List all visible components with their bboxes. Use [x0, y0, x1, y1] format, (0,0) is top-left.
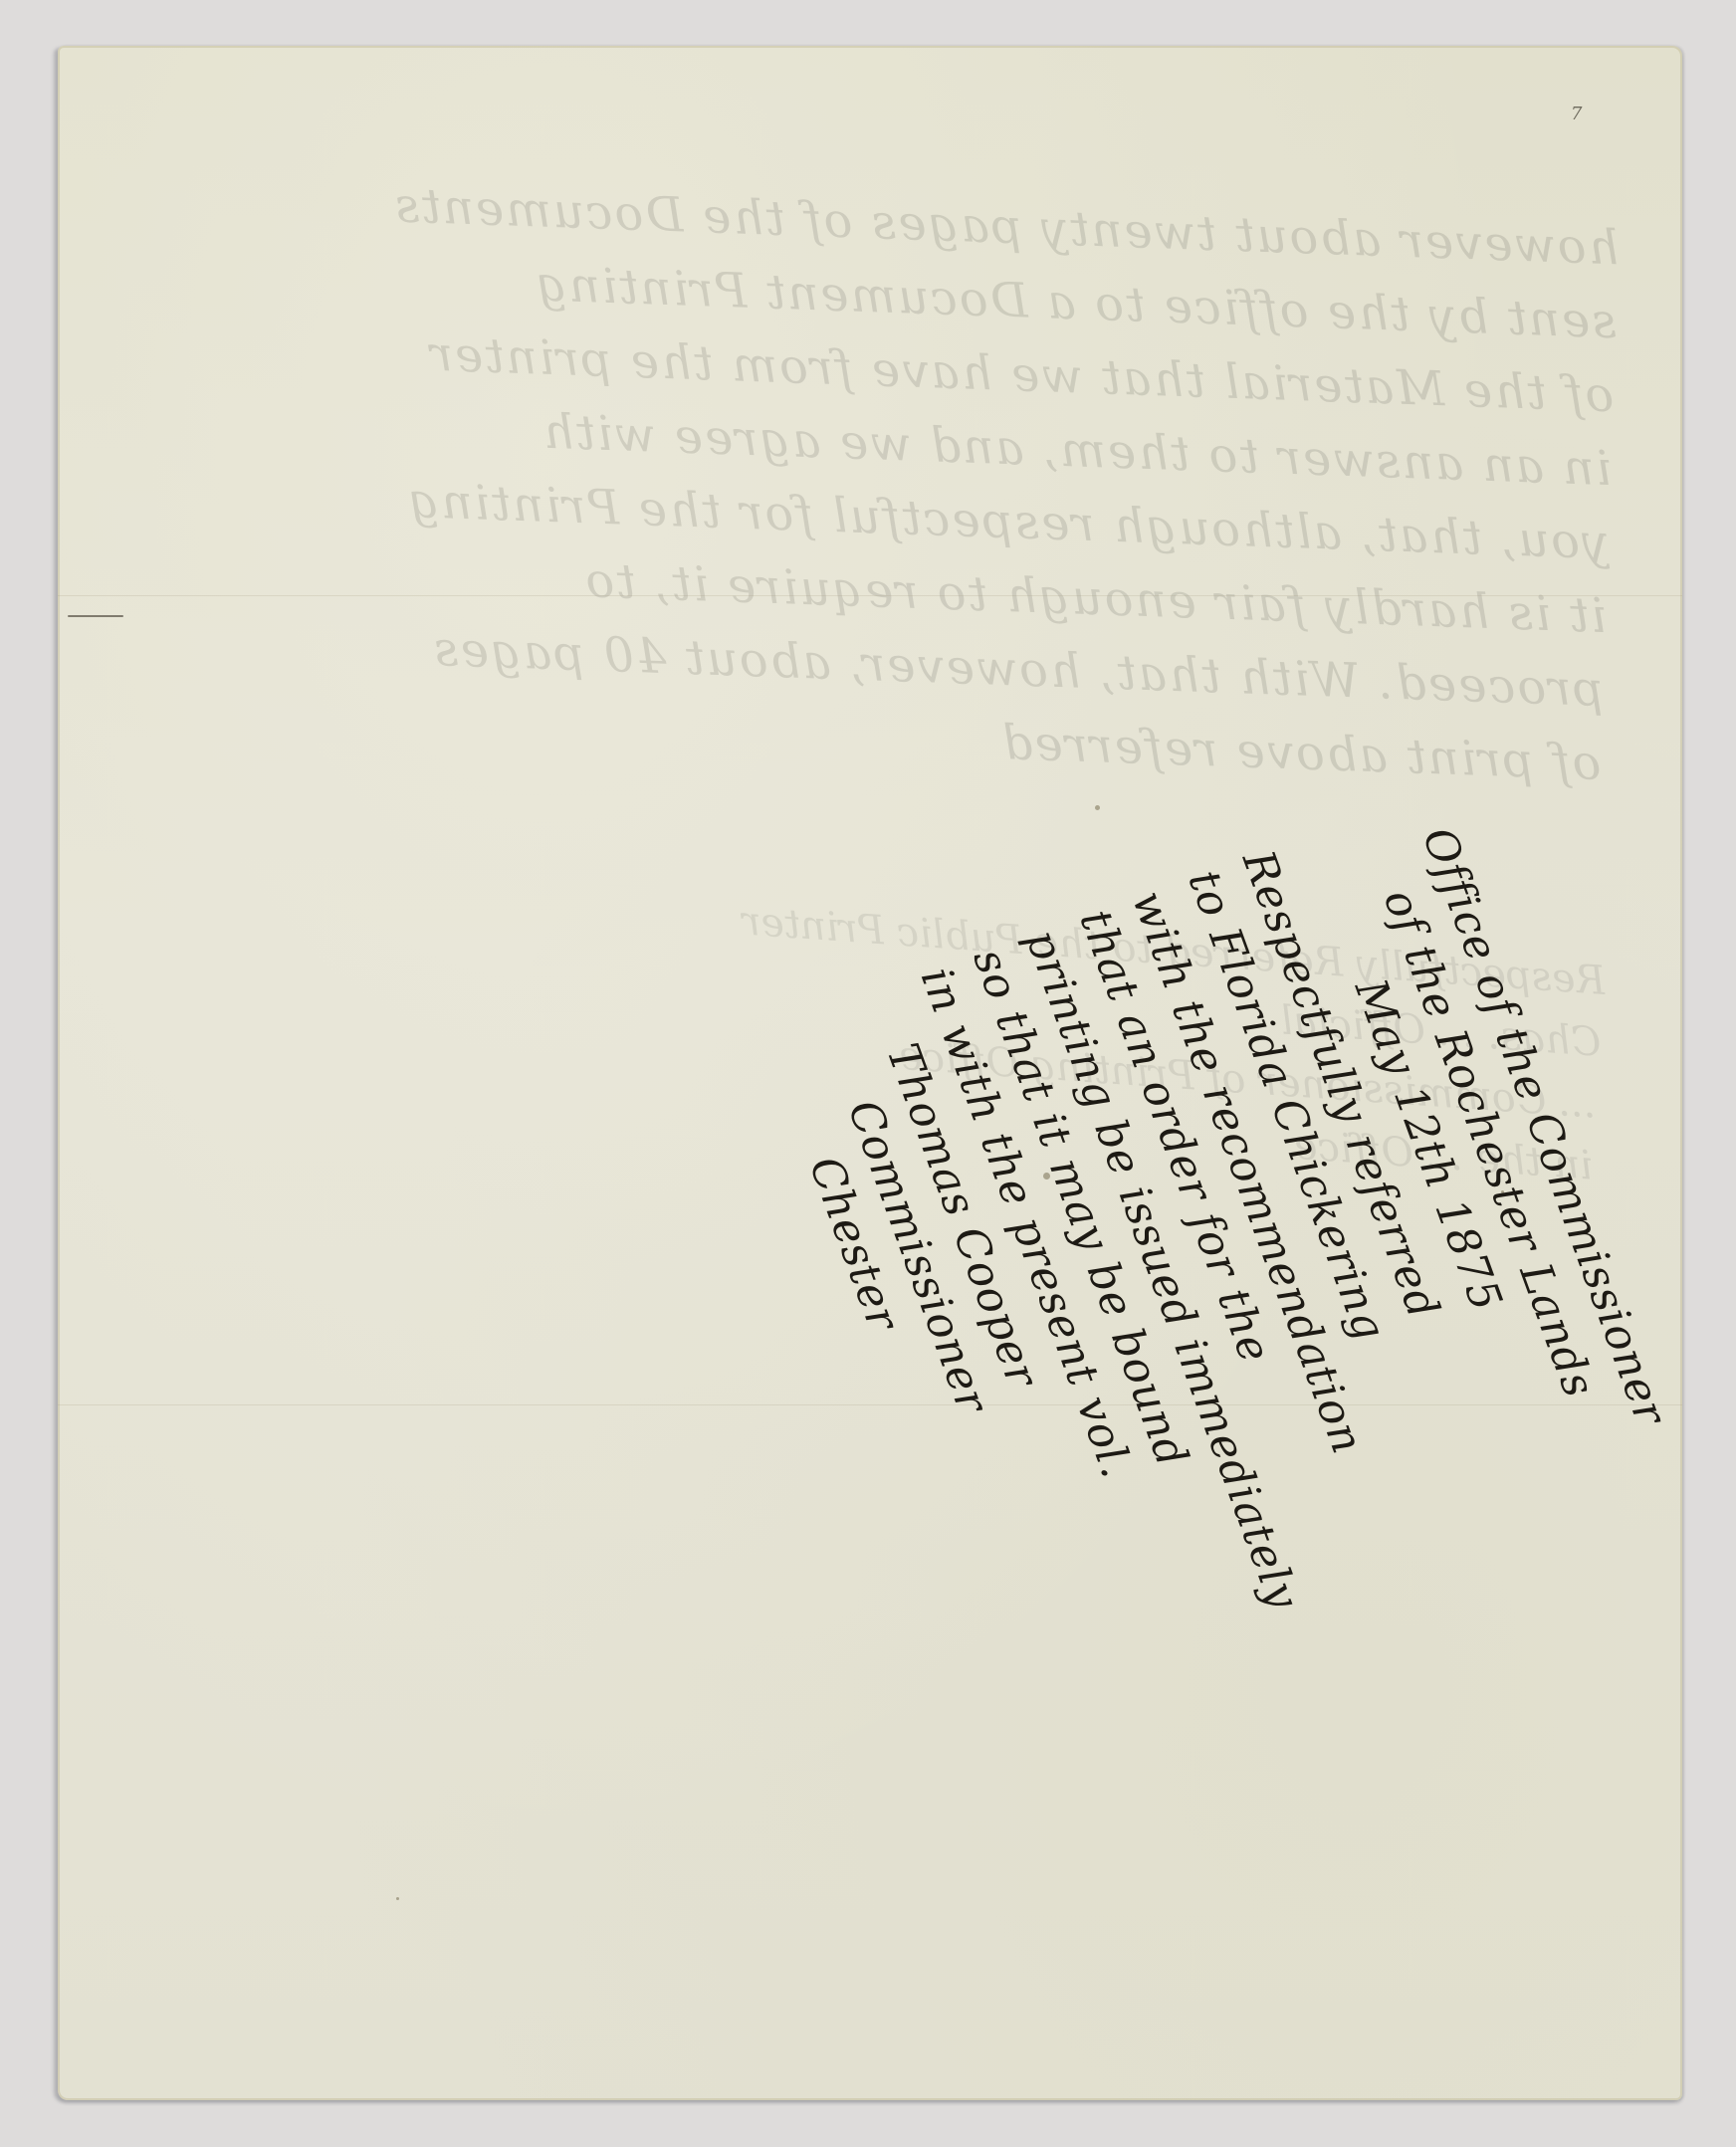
paper-speck: [1095, 805, 1100, 810]
paper-speck: [396, 1897, 399, 1900]
bleed-through-text-upper: however about twenty pages of the Docume…: [108, 159, 1621, 800]
ink-dash-mark: [68, 615, 123, 617]
document-page: however about twenty pages of the Docume…: [58, 46, 1682, 2100]
fold-crease: [58, 595, 1682, 596]
fold-crease: [58, 1404, 1682, 1405]
page-number-mark: 7: [1571, 104, 1582, 124]
